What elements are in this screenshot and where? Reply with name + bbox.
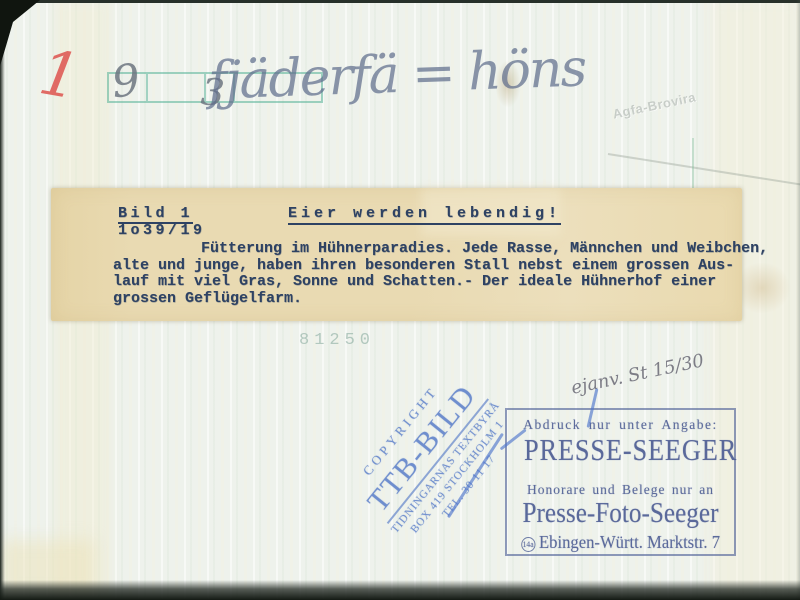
caption-body: Fütterung im Hühnerparadies. Jede Rasse,…: [113, 241, 738, 307]
presse-seeger-stamp: Abdruck nur unter Angabe: PRESSE-SEEGER …: [505, 408, 736, 556]
caption-title: Eier werden lebendig!: [288, 205, 561, 225]
archive-number-stamp: 81250: [299, 331, 375, 350]
postal-zone-badge: 14a: [521, 537, 535, 552]
seeger-credit-notice: Abdruck nur unter Angabe:: [507, 417, 734, 433]
photo-edge-left: [0, 0, 5, 600]
photo-edge-top: [0, 0, 800, 3]
seeger-payment-notice: Honorare und Belege nur an: [507, 482, 734, 498]
photo-edge-bottom: [0, 580, 800, 600]
caption-image-number: 1o39/19: [118, 222, 206, 239]
green-pencil-mark: [692, 138, 694, 193]
photo-back: 1 9 3 fjäderfä = höns Agfa-Brovira Bild …: [0, 0, 800, 600]
pencil-digit: 9: [110, 59, 142, 106]
caption-line: alte und junge, haben ihren besonderen S…: [113, 258, 738, 275]
seeger-payee-name: Presse-Foto-Seeger: [518, 498, 722, 530]
seeger-address-line: 14aEbingen-Württ. Marktstr. 7: [513, 532, 729, 553]
seeger-address-text: Ebingen-Württ. Marktstr. 7: [539, 532, 720, 552]
photo-edge-right: [796, 0, 800, 600]
seeger-agency-name: PRESSE-SEEGER: [524, 432, 717, 468]
caption-strip: Bild 1 1o39/19 Eier werden lebendig! Füt…: [51, 188, 742, 321]
caption-line: grossen Geflügelfarm.: [113, 291, 738, 308]
grid-cell-divider: [146, 74, 148, 101]
caption-line: Fütterung im Hühnerparadies. Jede Rasse,…: [113, 241, 738, 258]
caption-line: lauf mit viel Gras, Sonne und Schatten.-…: [113, 274, 738, 291]
topic-handwriting: fjäderfä = höns: [207, 37, 586, 113]
